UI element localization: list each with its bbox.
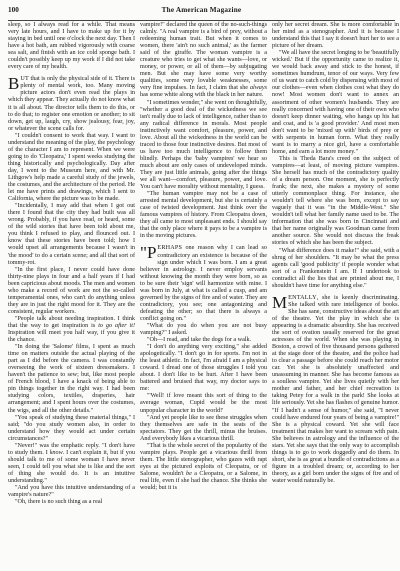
paragraph: "The human vampire may not be a case of … <box>140 191 267 240</box>
emphasis-text: to go after it! <box>98 323 135 329</box>
paragraph: This is Theda Bara's creed on the subjec… <box>272 156 399 248</box>
header-rule <box>8 20 395 21</box>
running-title: The American Magazine <box>48 6 395 14</box>
paragraph-text: one reason why I can lead so contradicto… <box>140 245 267 321</box>
paragraph: vampire!" declared the queen of the no-s… <box>140 22 267 100</box>
paragraph: "And yet people like to see these strugg… <box>140 415 267 443</box>
paragraph-text: "And you have this intuitive understandi… <box>8 485 135 498</box>
paragraph: "I don't do anything very exciting," she… <box>140 344 267 393</box>
paragraph: "What do you do when you are not busy va… <box>140 323 267 337</box>
paragraph: "I sometimes wonder," she went on though… <box>140 100 267 192</box>
emphasis-text: always <box>250 85 267 91</box>
column-2: vampire!" declared the queen of the no-s… <box>140 22 267 506</box>
paragraph-text: sleep, so I always read for a while. Tha… <box>8 22 135 70</box>
paragraph: "'Well! if love meant this sort of thing… <box>140 393 267 414</box>
paragraph-text: has some white along with the black in h… <box>140 92 263 98</box>
paragraph-text: "In the first place, I never could have … <box>8 267 135 315</box>
paragraph: "In the first place, I never could have … <box>8 267 135 316</box>
paragraph: "I couldn't consent to work that way. I … <box>8 133 135 203</box>
paragraph-text: "Oh—I read, and take the dogs for a walk… <box>147 337 251 343</box>
paragraph-text: "The human vampire may not be a case of … <box>140 191 267 239</box>
paragraph-text: "Incidentally, I may add that when I got… <box>8 203 135 265</box>
column-3: only her secret dream. She is more comfo… <box>272 22 399 506</box>
paragraph-text: "I sometimes wonder," she went on though… <box>140 100 267 191</box>
paragraph: only her secret dream. She is more comfo… <box>272 22 399 50</box>
section-paragraph: BUT that is only the physical side of it… <box>8 76 135 132</box>
magazine-page: 100 The American Magazine sleep, so I al… <box>0 0 400 571</box>
paragraph: "And you have this intuitive understandi… <box>8 485 135 499</box>
page-number: 100 <box>8 6 48 14</box>
paragraph: "That is the whole secret of the popular… <box>140 443 267 492</box>
paragraph-text: that is only the physical side of it. Th… <box>8 76 135 131</box>
drop-cap: B <box>8 77 19 91</box>
column-1: sleep, so I always read for a while. Tha… <box>8 22 135 506</box>
drop-cap: M <box>272 296 287 310</box>
paragraph: "We all have the secret longing to be 'b… <box>272 50 399 156</box>
section-paragraph: "PERHAPS one reason why I can lead so co… <box>140 245 267 323</box>
paragraph-text: "You speak of studying these material th… <box>8 415 135 442</box>
drop-cap: "P <box>140 246 156 260</box>
paragraph: "Incidentally, I may add that when I got… <box>8 203 135 266</box>
paragraph-text: Inspiration will meet you half way, if y… <box>8 330 135 343</box>
lead-in-smallcaps: UT <box>20 76 29 82</box>
paragraph-text: "We all have the secret longing to be 'b… <box>272 50 399 155</box>
paragraph-text: "In doing the 'Salome' films, I spent as… <box>8 344 135 413</box>
paragraph: sleep, so I always read for a while. Tha… <box>8 22 135 71</box>
article-columns: sleep, so I always read for a while. Tha… <box>8 22 395 506</box>
paragraph-text: "'Well! if love meant this sort of thing… <box>140 393 267 413</box>
paragraph-text: , she is keenly discriminating. She talk… <box>272 295 399 484</box>
lead-in-smallcaps: ERHAPS <box>157 245 182 251</box>
paragraph: "What difference does it make!" she said… <box>272 248 399 290</box>
paragraph: "Oh—I read, and take the dogs for a walk… <box>140 337 267 344</box>
paragraph-text: "And yet people like to see these strugg… <box>140 415 267 442</box>
lead-in-smallcaps: ENTALLY <box>288 295 317 301</box>
paragraph-text: "I don't do anything very exciting," she… <box>140 344 267 392</box>
paragraph: "You speak of studying these material th… <box>8 415 135 443</box>
paragraph: "Never!" was the emphatic reply. "I don'… <box>8 443 135 485</box>
paragraph-text: only her secret dream. She is more comfo… <box>272 22 399 49</box>
paragraph-text: "What do you do when you are not busy va… <box>140 323 267 336</box>
emphasis-text: know <box>50 450 63 456</box>
paragraph: "Oh, there is no such thing as a real <box>8 499 135 506</box>
page-header: 100 The American Magazine <box>8 6 395 20</box>
paragraph-text: "Oh, there is no such thing as a real <box>15 499 102 505</box>
section-paragraph: MENTALLY, she is keenly discriminating. … <box>272 295 399 485</box>
paragraph: "People talk about needing inspiration. … <box>8 316 135 344</box>
paragraph: "In doing the 'Salome' films, I spent as… <box>8 344 135 414</box>
paragraph-text: "I couldn't consent to work that way. I … <box>8 133 135 202</box>
paragraph-text: This is Theda Bara's creed on the subjec… <box>272 156 399 247</box>
paragraph-text: "What difference does it make!" she said… <box>272 248 399 289</box>
paragraph-text: vampire!" declared the queen of the no-s… <box>140 22 267 91</box>
